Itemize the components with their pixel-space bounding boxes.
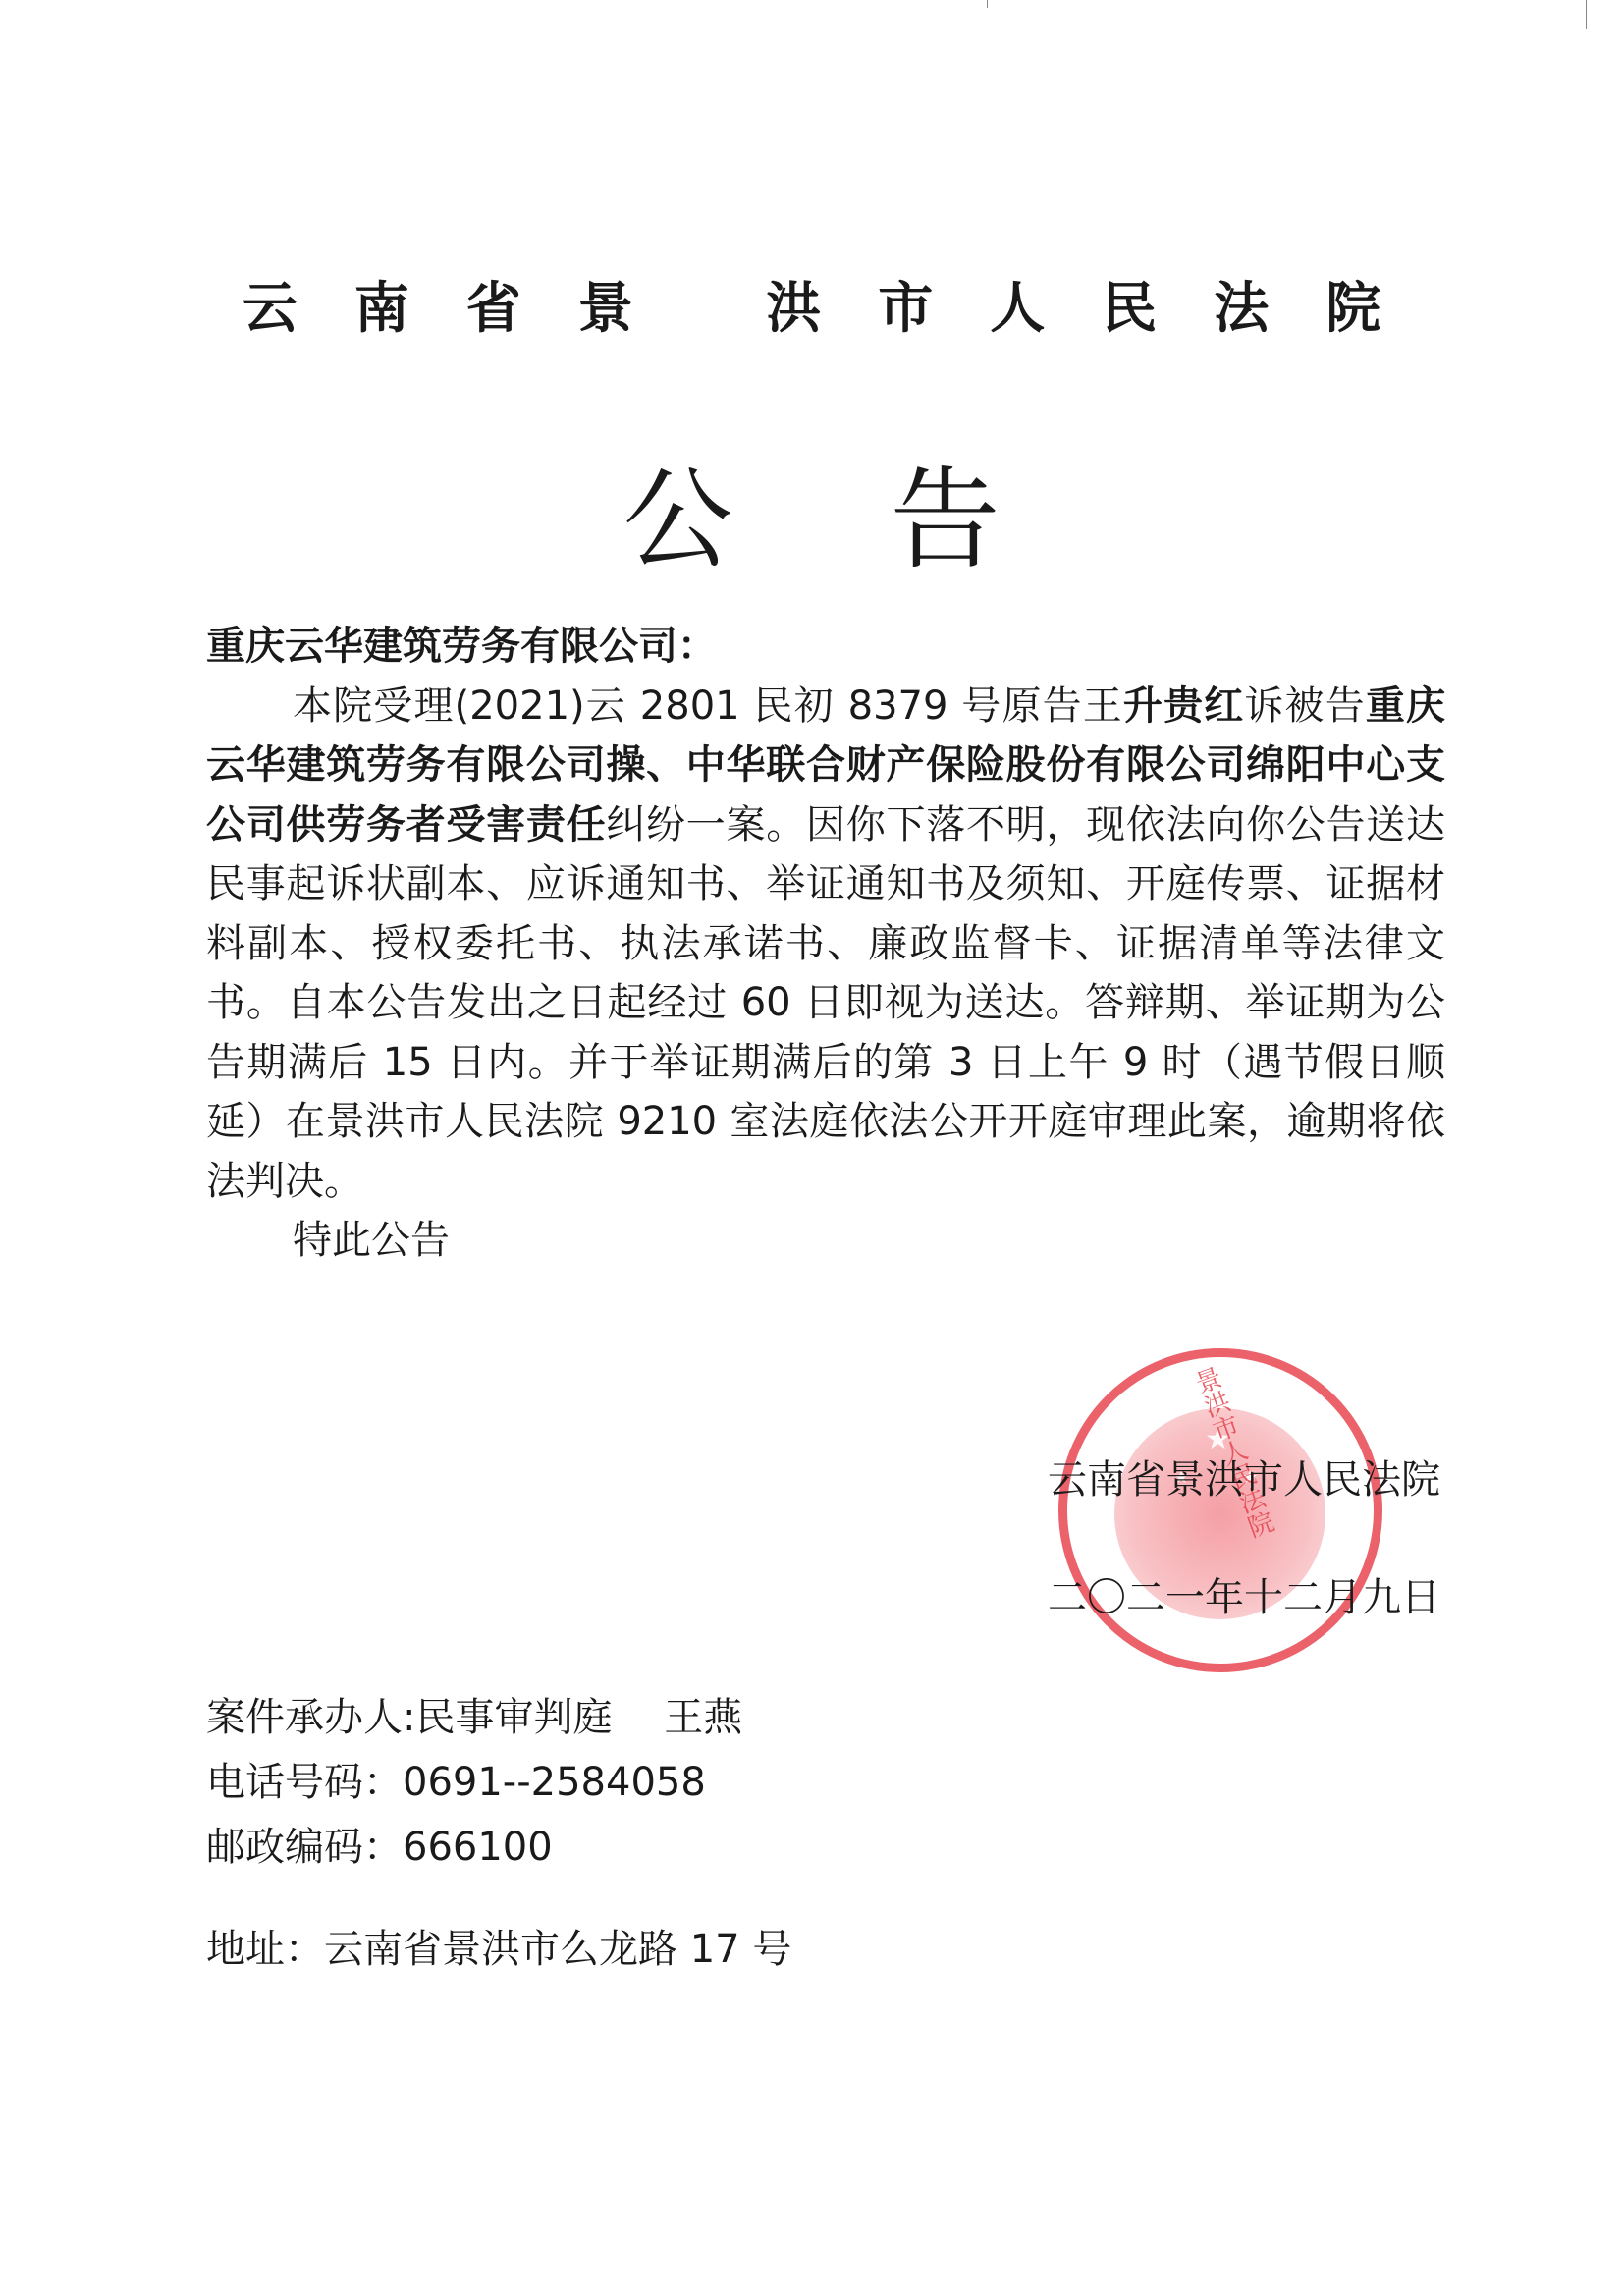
scan-edge-mark xyxy=(987,0,988,8)
body-segment-bold: 升贵红 xyxy=(1123,683,1244,729)
official-seal: ★ ★ ★ 景洪市人民法院 xyxy=(1058,1348,1382,1672)
court-name-heading: 云南省景 洪市人民法院 xyxy=(0,265,1623,344)
phone-number: 电话号码：0691--2584058 xyxy=(206,1750,791,1815)
issuer-name: 云南省景洪市人民法院 xyxy=(1048,1449,1440,1504)
body-segment: 本院受理(2021)云 2801 民初 8379 号原告王 xyxy=(293,683,1123,729)
scan-edge-mark xyxy=(460,0,460,8)
contact-block: 案件承办人:民事审判庭 王燕 电话号码：0691--2584058 邮政编码：6… xyxy=(206,1685,791,1982)
issue-date: 二〇二一年十二月九日 xyxy=(1048,1566,1440,1622)
body-segment: 诉被告 xyxy=(1244,683,1365,729)
closing-line: 特此公告 xyxy=(206,1211,1445,1271)
notice-body: 重庆云华建筑劳务有限公司： 本院受理(2021)云 2801 民初 8379 号… xyxy=(206,617,1445,1271)
scan-edge-mark xyxy=(1586,0,1587,29)
notice-paragraph: 本院受理(2021)云 2801 民初 8379 号原告王升贵红诉被告重庆云华建… xyxy=(206,677,1445,1212)
case-handler: 案件承办人:民事审判庭 王燕 xyxy=(206,1685,791,1750)
body-segment: 纠纷一案。因你下落不明，现依法向你公告送达民事起诉状副本、应诉通知书、举证通知书… xyxy=(206,802,1445,1204)
document-title: 公告 xyxy=(0,432,1623,590)
address: 地址：云南省景洪市么龙路 17 号 xyxy=(206,1917,791,1982)
recipient-line: 重庆云华建筑劳务有限公司： xyxy=(206,617,1445,677)
postal-code: 邮政编码：666100 xyxy=(206,1815,791,1880)
